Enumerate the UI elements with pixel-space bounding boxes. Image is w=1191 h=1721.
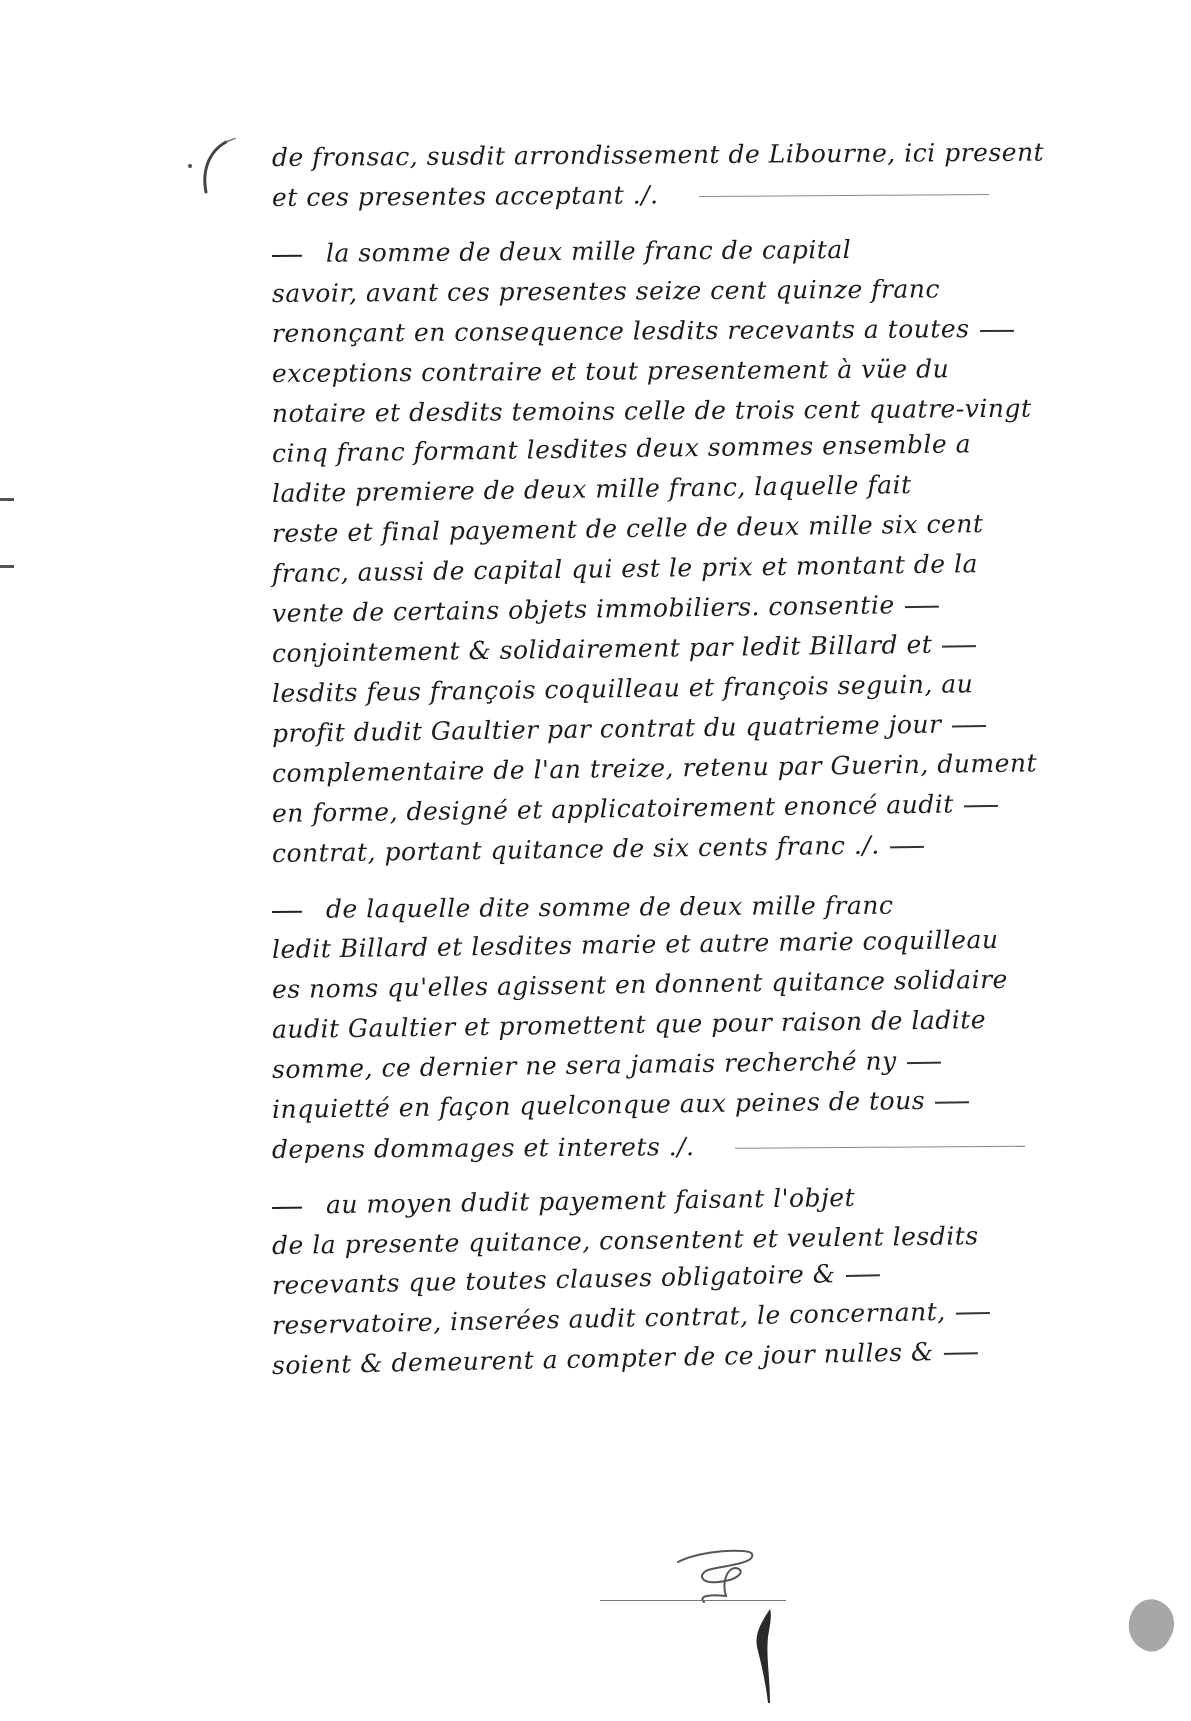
paragraph-dash [272, 254, 302, 256]
line-end-dash [956, 1311, 990, 1314]
manuscript-line: renonçant en consequence lesdits recevan… [272, 308, 1172, 354]
paragraph-dash [272, 910, 302, 912]
manuscript-line: depens dommages et interets ./. [272, 1124, 1172, 1170]
line-end-dash [905, 605, 939, 607]
end-of-paragraph-rule [735, 1146, 1025, 1149]
margin-ink-dot [188, 164, 192, 168]
line-end-dash [942, 645, 976, 647]
paragraph-dash [272, 1206, 302, 1208]
line-end-dash [944, 1352, 978, 1355]
manuscript-text: de fronsac, susdit arrondissement de Lib… [272, 138, 1172, 1386]
line-end-dash [964, 804, 998, 806]
left-edge-mark [0, 565, 14, 568]
end-of-paragraph-rule [699, 194, 989, 197]
line-end-dash [935, 1101, 969, 1103]
ink-blot [1119, 1592, 1184, 1658]
line-end-dash [845, 1274, 879, 1277]
document-page: de fronsac, susdit arrondissement de Lib… [0, 0, 1191, 1721]
manuscript-line: exceptions contraire et tout presentemen… [272, 348, 1172, 394]
manuscript-line: de fronsac, susdit arrondissement de Lib… [272, 132, 1172, 178]
line-end-dash [890, 845, 924, 847]
left-edge-mark [0, 498, 14, 501]
manuscript-line: la somme de deux mille franc de capital [272, 228, 1172, 274]
line-end-dash [980, 329, 1014, 331]
margin-bracket-mark [196, 138, 236, 198]
closing-rule [600, 1600, 786, 1601]
line-end-dash [952, 725, 986, 727]
ink-stroke-mark [750, 1607, 780, 1707]
line-end-dash [907, 1061, 941, 1063]
manuscript-line: et ces presentes acceptant ./. [272, 172, 1172, 218]
manuscript-line: savoir, avant ces presentes seize cent q… [272, 268, 1172, 314]
